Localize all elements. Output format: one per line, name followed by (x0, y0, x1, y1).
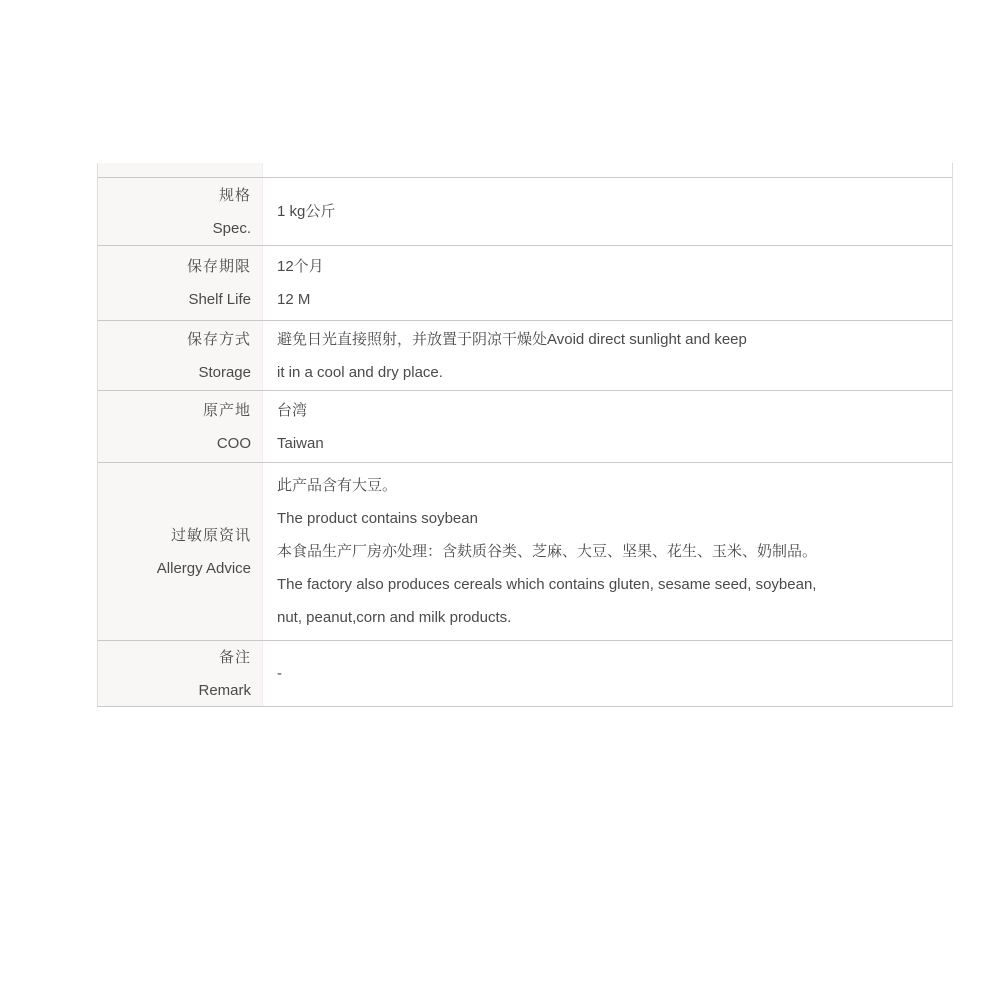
label-cell: 备注 Remark (98, 641, 263, 706)
label-en: Spec. (213, 212, 251, 245)
value-line: The factory also produces cereals which … (277, 568, 952, 601)
value-line: 12个月 (277, 250, 952, 283)
label-zh: 规格 (219, 179, 251, 212)
value-line: - (277, 657, 952, 690)
table-row-allergy: 过敏原资讯 Allergy Advice 此产品含有大豆。 The produc… (98, 462, 952, 640)
label-cell (98, 163, 263, 177)
table-row-spec: 规格 Spec. 1 kg公斤 (98, 177, 952, 245)
label-zh: 原产地 (203, 394, 251, 427)
value-line: 台湾 (277, 394, 952, 427)
value-line: 1 kg公斤 (277, 195, 952, 228)
value-line: Taiwan (277, 427, 952, 460)
product-spec-table: 规格 Spec. 1 kg公斤 保存期限 Shelf Life 12个月 12 … (97, 163, 953, 707)
table-row-coo: 原产地 COO 台湾 Taiwan (98, 390, 952, 462)
label-en: Remark (198, 674, 251, 707)
value-cell: 台湾 Taiwan (263, 391, 952, 462)
label-cell: 原产地 COO (98, 391, 263, 462)
value-cell: - (263, 641, 952, 706)
value-line: The product contains soybean (277, 502, 952, 535)
label-en: COO (217, 427, 251, 460)
value-cell: 避免日光直接照射，并放置于阴凉干燥处Avoid direct sunlight … (263, 321, 952, 390)
label-zh: 保存期限 (187, 250, 251, 283)
value-cell: 12个月 12 M (263, 246, 952, 320)
value-cell: 此产品含有大豆。 The product contains soybean 本食… (263, 463, 952, 640)
label-zh: 过敏原资讯 (171, 519, 251, 552)
label-cell: 保存期限 Shelf Life (98, 246, 263, 320)
label-en: Storage (198, 356, 251, 389)
table-row-cutoff (98, 163, 952, 177)
table-row-storage: 保存方式 Storage 避免日光直接照射，并放置于阴凉干燥处Avoid dir… (98, 320, 952, 390)
value-line: 避免日光直接照射，并放置于阴凉干燥处Avoid direct sunlight … (277, 323, 952, 356)
label-cell: 过敏原资讯 Allergy Advice (98, 463, 263, 640)
table-row-remark: 备注 Remark - (98, 640, 952, 706)
value-line: 此产品含有大豆。 (277, 469, 952, 502)
table-row-shelf-life: 保存期限 Shelf Life 12个月 12 M (98, 245, 952, 320)
value-line: 本食品生产厂房亦处理：含麸质谷类、芝麻、大豆、坚果、花生、玉米、奶制品。 (277, 535, 952, 568)
value-cell: 1 kg公斤 (263, 178, 952, 245)
label-zh: 备注 (219, 641, 251, 674)
value-line: 12 M (277, 283, 952, 316)
value-line: it in a cool and dry place. (277, 356, 952, 389)
label-cell: 保存方式 Storage (98, 321, 263, 390)
label-en: Shelf Life (188, 283, 251, 316)
value-line: nut, peanut,corn and milk products. (277, 601, 952, 634)
label-en: Allergy Advice (157, 552, 251, 585)
label-cell: 规格 Spec. (98, 178, 263, 245)
label-zh: 保存方式 (187, 323, 251, 356)
value-cell (263, 163, 952, 177)
